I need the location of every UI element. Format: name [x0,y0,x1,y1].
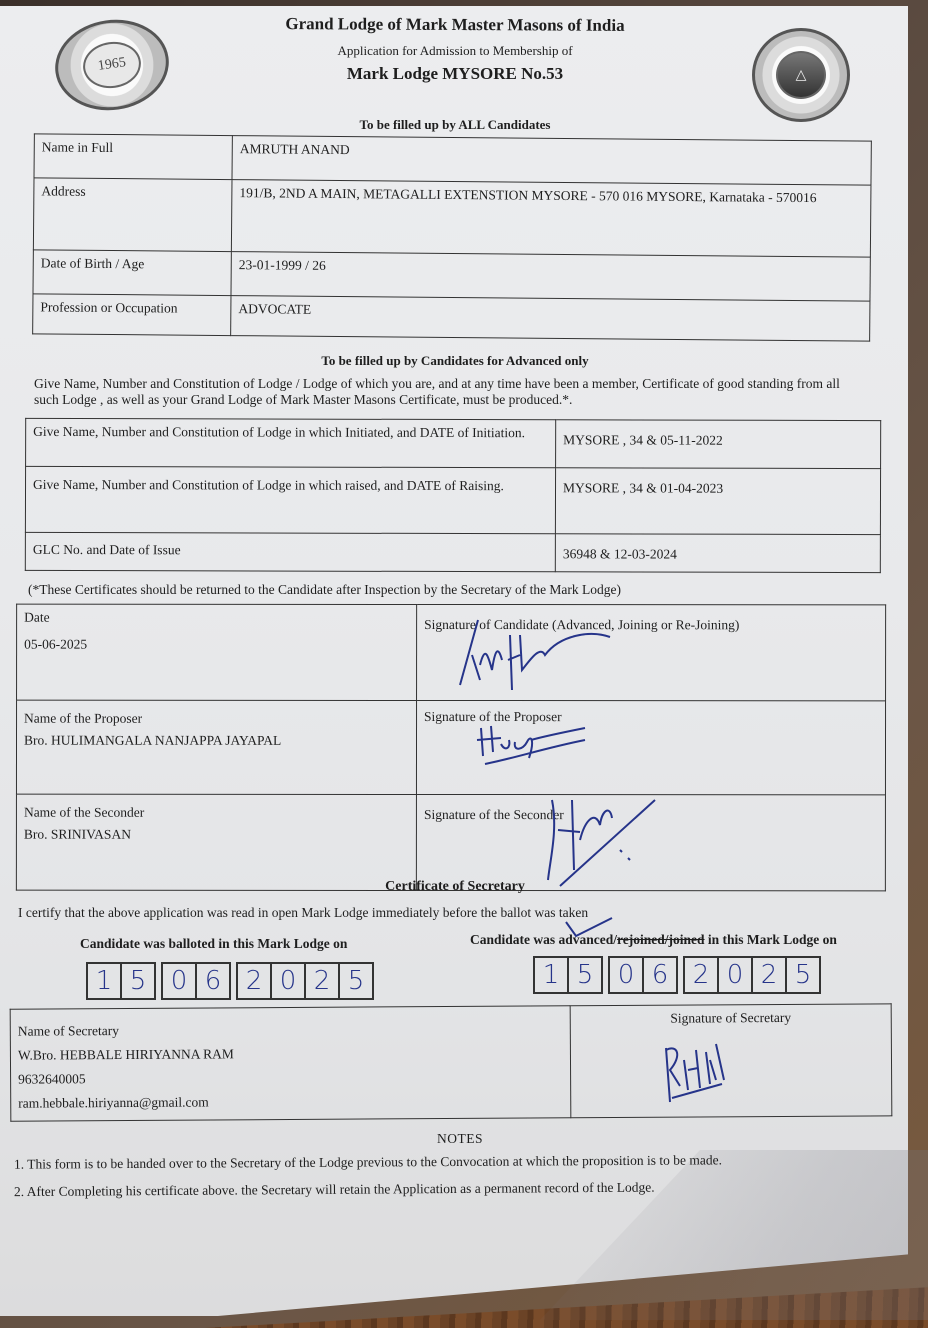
date-label: Date [24,610,49,625]
day-digit-2[interactable]: 5 [569,958,601,992]
glc-label: GLC No. and Date of Issue [25,532,555,571]
signatures-table: Date 05-06-2025 Signature of Candidate (… [16,604,886,892]
candidate-details-table: Name in Full AMRUTH ANAND Address 191/B,… [32,133,872,341]
table-row: GLC No. and Date of Issue 36948 & 12-03-… [25,532,880,572]
table-row: Date 05-06-2025 Signature of Candidate (… [17,604,886,701]
secretary-email-field[interactable]: ram.hebbale.hiriyanna@gmail.com [18,1088,563,1115]
table-row: Give Name, Number and Constitution of Lo… [26,418,881,468]
year-digit-1[interactable]: 2 [238,964,272,998]
seconder-label: Name of the Seconder [24,805,144,820]
table-row: Name of Secretary W.Bro. HEBBALE HIRIYAN… [10,1004,892,1121]
certificate-heading: Certificate of Secretary [330,879,580,895]
year-digit-3[interactable]: 2 [753,958,787,992]
advanced-date-boxes[interactable]: 15 06 2025 [533,956,821,994]
secretary-table: Name of Secretary W.Bro. HEBBALE HIRIYAN… [10,1003,893,1121]
seconder-name-field[interactable]: Bro. SRINIVASAN [24,827,409,843]
name-label: Name in Full [34,134,232,180]
table-row: Name of the Proposer Bro. HULIMANGALA NA… [16,700,885,795]
advanced-option[interactable]: advanced/ [559,932,618,947]
secretary-name-field[interactable]: W.Bro. HEBBALE HIRIYANNA RAM [18,1040,563,1067]
section-advanced-heading: To be filled up by Candidates for Advanc… [260,353,650,369]
year-digit-4[interactable]: 5 [787,958,819,992]
struck-options: rejoined/joined [617,932,705,947]
table-row: Name in Full AMRUTH ANAND [34,134,871,185]
advanced-label: Candidate was advanced/rejoined/joined i… [470,932,890,948]
year-digit-2[interactable]: 0 [272,964,306,998]
balloted-label: Candidate was balloted in this Mark Lodg… [80,936,410,952]
advanced-instructions: Give Name, Number and Constitution of Lo… [34,376,864,408]
secretary-name-label: Name of Secretary [18,1016,563,1043]
secretary-details-cell: Name of Secretary W.Bro. HEBBALE HIRIYAN… [10,1006,571,1121]
initiation-field[interactable]: MYSORE , 34 & 05-11-2022 [556,420,881,469]
proposer-label: Name of the Proposer [24,711,142,726]
raising-label: Give Name, Number and Constitution of Lo… [25,466,555,533]
month-digit-1[interactable]: 0 [163,964,197,998]
seconder-cell: Name of the Seconder Bro. SRINIVASAN [16,794,416,890]
day-digit-1[interactable]: 1 [88,964,122,998]
proposer-cell: Name of the Proposer Bro. HULIMANGALA NA… [16,700,416,794]
year-digit-3[interactable]: 2 [306,964,340,998]
seconder-signature-label: Signature of the Seconder [416,794,885,890]
year-digit-2[interactable]: 0 [719,958,753,992]
day-digit-1[interactable]: 1 [535,958,569,992]
table-row: Profession or Occupation ADVOCATE [33,294,870,341]
initiation-label: Give Name, Number and Constitution of Lo… [26,418,556,467]
year-digit-4[interactable]: 5 [340,964,372,998]
day-digit-2[interactable]: 5 [122,964,154,998]
glc-field[interactable]: 36948 & 12-03-2024 [555,534,880,573]
candidate-signature-label: Signature of Candidate (Advanced, Joinin… [417,604,886,700]
secretary-signature-label: Signature of Secretary [570,1004,892,1118]
profession-field[interactable]: ADVOCATE [231,296,870,342]
table-row: Give Name, Number and Constitution of Lo… [25,466,880,534]
date-cell: Date 05-06-2025 [17,604,417,700]
dob-label: Date of Birth / Age [33,250,231,296]
notes-heading: NOTES [410,1131,510,1147]
month-digit-1[interactable]: 0 [610,958,644,992]
advanced-details-table: Give Name, Number and Constitution of Lo… [25,418,881,573]
month-digit-2[interactable]: 6 [197,964,229,998]
section-all-heading: To be filled up by ALL Candidates [300,117,610,133]
year-digit-1[interactable]: 2 [685,958,719,992]
month-digit-2[interactable]: 6 [644,958,676,992]
seal-year: 1965 [80,38,144,92]
address-label: Address [33,178,232,252]
profession-label: Profession or Occupation [33,294,231,336]
seal-triangle: △ [776,51,826,99]
table-row: Address 191/B, 2ND A MAIN, METAGALLI EXT… [33,178,871,257]
raising-field[interactable]: MYSORE , 34 & 01-04-2023 [555,468,880,535]
proposer-signature-label: Signature of the Proposer [416,700,885,794]
regional-lodge-seal-icon: △ [752,28,850,122]
table-row: Date of Birth / Age 23-01-1999 / 26 [33,250,870,301]
name-field[interactable]: AMRUTH ANAND [232,136,871,186]
date-field[interactable]: 05-06-2025 [24,637,409,653]
certificate-statement: I certify that the above application was… [18,905,838,921]
proposer-name-field[interactable]: Bro. HULIMANGALA NANJAPPA JAYAPAL [24,733,409,749]
table-row: Name of the Seconder Bro. SRINIVASAN Sig… [16,794,885,891]
address-field[interactable]: 191/B, 2ND A MAIN, METAGALLI EXTENSTION … [231,180,871,258]
form-subtitle: Application for Admission to Membership … [305,43,605,59]
form-title: Grand Lodge of Mark Master Masons of Ind… [255,14,655,36]
certificates-footnote: (*These Certificates should be returned … [28,582,828,598]
secretary-phone-field[interactable]: 9632640005 [18,1064,563,1091]
balloted-date-boxes[interactable]: 15 06 2025 [86,962,374,1000]
dob-field[interactable]: 23-01-1999 / 26 [231,252,870,302]
lodge-name: Mark Lodge MYSORE No.53 [300,64,610,84]
